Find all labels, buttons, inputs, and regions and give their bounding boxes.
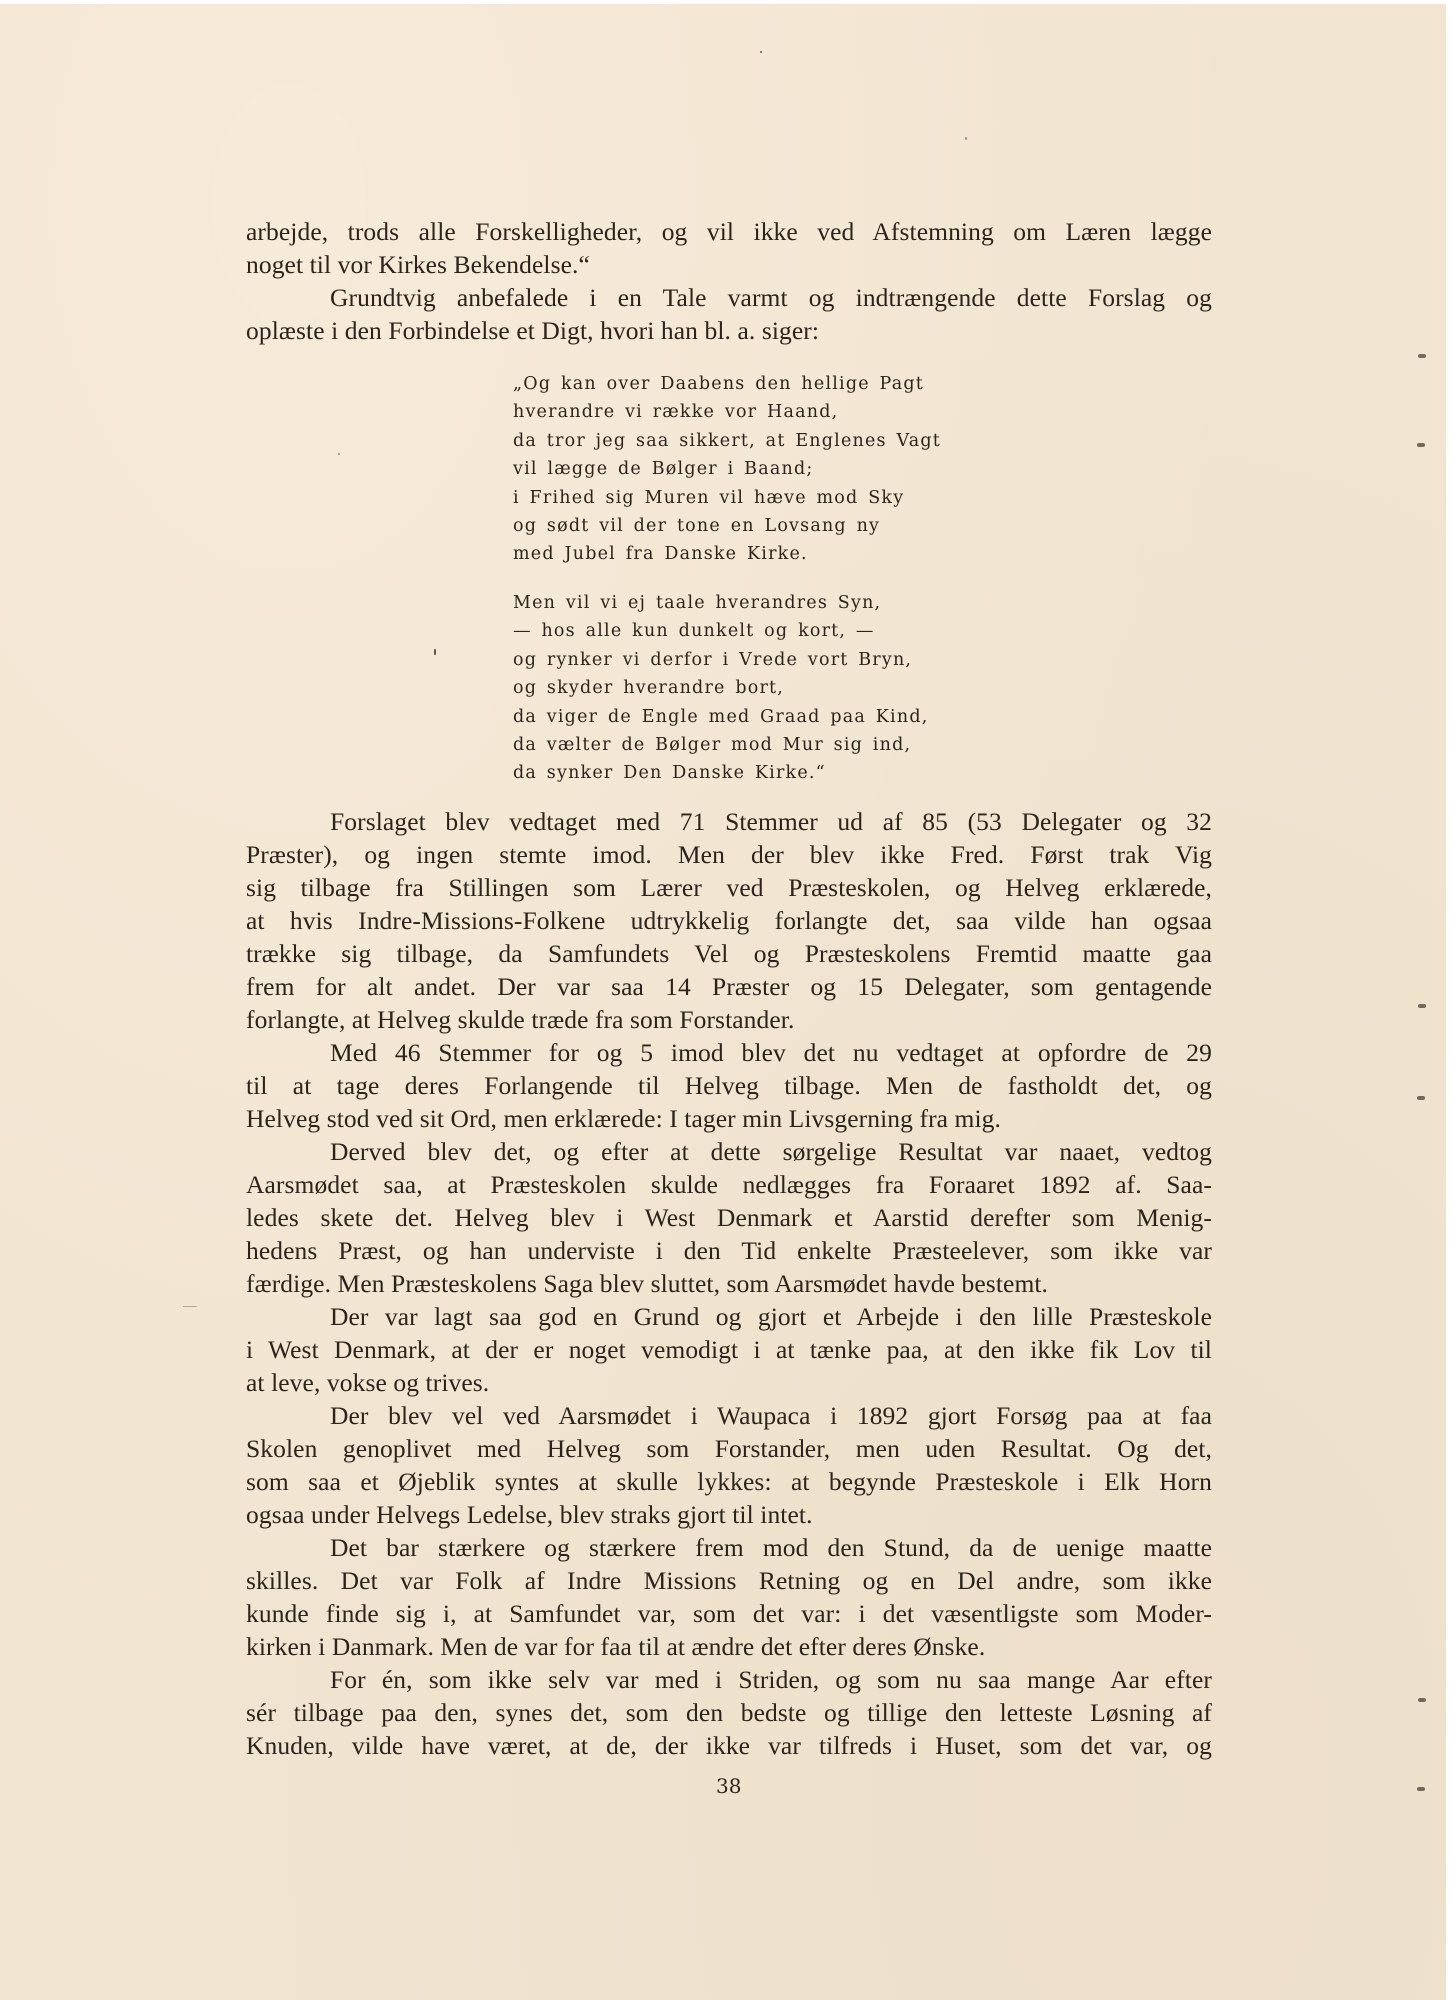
text-line: arbejde, trods alle Forskelligheder, og … xyxy=(246,215,1212,248)
poem-stanza-2: Men vil vi ej taale hverandres Syn,— hos… xyxy=(513,589,929,788)
scan-speck xyxy=(965,137,967,140)
page-number: 38 xyxy=(716,1774,741,1798)
text-line: Præster), og ingen stemte imod. Men der … xyxy=(246,838,1212,871)
reflection-paragraph: For én, som ikke selv var med i Striden,… xyxy=(246,1663,1212,1762)
poem-line: da viger de Engle med Graad paa Kind, xyxy=(513,703,929,731)
bottom-prose: Forslaget blev vedtaget med 71 Stemmer u… xyxy=(246,805,1212,1762)
text-line: oplæste i den Forbindelse et Digt, hvori… xyxy=(246,314,1212,347)
text-line: ledes skete det. Helveg blev i West Denm… xyxy=(246,1201,1212,1234)
poem-line: Men vil vi ej taale hverandres Syn, xyxy=(513,589,929,617)
text-line: noget til vor Kirkes Bekendelse.“ xyxy=(246,248,1212,281)
text-line: Der blev vel ved Aarsmødet i Waupaca i 1… xyxy=(246,1399,1212,1432)
text-line: Forslaget blev vedtaget med 71 Stemmer u… xyxy=(246,805,1212,838)
poem-line: vil lægge de Bølger i Baand; xyxy=(513,455,941,483)
vote-paragraph: Forslaget blev vedtaget med 71 Stemmer u… xyxy=(246,805,1212,1036)
text-line: at leve, vokse og trives. xyxy=(246,1366,1212,1399)
text-line: sig tilbage fra Stillingen som Lærer ved… xyxy=(246,871,1212,904)
scan-speck xyxy=(338,453,340,455)
text-line: ogsaa under Helvegs Ledelse, blev straks… xyxy=(246,1498,1212,1531)
second-vote-paragraph: Med 46 Stemmer for og 5 imod blev det nu… xyxy=(246,1036,1212,1135)
poem-line: da synker Den Danske Kirke.“ xyxy=(513,759,929,787)
text-line: Med 46 Stemmer for og 5 imod blev det nu… xyxy=(246,1036,1212,1069)
grundtvig-paragraph: Grundtvig anbefalede i en Tale varmt og … xyxy=(246,281,1212,347)
poem-line: da vælter de Bølger mod Mur sig ind, xyxy=(513,731,929,759)
text-line: trække sig tilbage, da Samfundets Vel og… xyxy=(246,937,1212,970)
text-line: forlangte, at Helveg skulde træde fra so… xyxy=(246,1003,1212,1036)
scan-speck xyxy=(183,1306,197,1307)
text-line: færdige. Men Præsteskolens Saga blev slu… xyxy=(246,1267,1212,1300)
text-line: kirken i Danmark. Men de var for faa til… xyxy=(246,1630,1212,1663)
separation-paragraph: Det bar stærkere og stærkere frem mod de… xyxy=(246,1531,1212,1663)
text-line: Skolen genoplivet med Helveg som Forstan… xyxy=(246,1432,1212,1465)
text-line: Helveg stod ved sit Ord, men erklærede: … xyxy=(246,1102,1212,1135)
text-line: For én, som ikke selv var med i Striden,… xyxy=(246,1663,1212,1696)
text-line: sér tilbage paa den, synes det, som den … xyxy=(246,1696,1212,1729)
scan-mark xyxy=(1418,1698,1426,1702)
poem-line: hverandre vi række vor Haand, xyxy=(513,398,941,426)
text-line: frem for alt andet. Der var saa 14 Præst… xyxy=(246,970,1212,1003)
text-line: Grundtvig anbefalede i en Tale varmt og … xyxy=(246,281,1212,314)
scan-mark xyxy=(1417,1096,1425,1100)
document-page: arbejde, trods alle Forskelligheder, og … xyxy=(0,4,1446,2000)
scan-mark xyxy=(1418,1004,1426,1008)
poem-stanza-1: „Og kan over Daabens den hellige Pagthve… xyxy=(513,370,941,569)
text-line: Det bar stærkere og stærkere frem mod de… xyxy=(246,1531,1212,1564)
top-prose: arbejde, trods alle Forskelligheder, og … xyxy=(246,215,1212,347)
poem-line: „Og kan over Daabens den hellige Pagt xyxy=(513,370,941,398)
text-line: Aarsmødet saa, at Præsteskolen skulde ne… xyxy=(246,1168,1212,1201)
text-line: Der var lagt saa god en Grund og gjort e… xyxy=(246,1300,1212,1333)
intro-quote-end: arbejde, trods alle Forskelligheder, og … xyxy=(246,215,1212,281)
text-line: Derved blev det, og efter at dette sørge… xyxy=(246,1135,1212,1168)
poem-line: og sødt vil der tone en Lovsang ny xyxy=(513,512,941,540)
text-line: til at tage deres Forlangende til Helveg… xyxy=(246,1069,1212,1102)
text-line: som saa et Øjeblik syntes at skulle lykk… xyxy=(246,1465,1212,1498)
poem-line: med Jubel fra Danske Kirke. xyxy=(513,540,941,568)
scan-mark xyxy=(1418,354,1426,358)
result-paragraph: Derved blev det, og efter at dette sørge… xyxy=(246,1135,1212,1300)
text-line: kunde finde sig i, at Samfundet var, som… xyxy=(246,1597,1212,1630)
scan-mark xyxy=(1417,1787,1425,1791)
text-line: at hvis Indre-Missions-Folkene udtrykkel… xyxy=(246,904,1212,937)
text-line: Knuden, vilde have været, at de, der ikk… xyxy=(246,1729,1212,1762)
poem-line: og rynker vi derfor i Vrede vort Bryn, xyxy=(513,646,929,674)
scan-speck xyxy=(760,51,762,53)
scan-speck xyxy=(434,649,436,655)
poem-line: — hos alle kun dunkelt og kort, — xyxy=(513,617,929,645)
poem-line: i Frihed sig Muren vil hæve mod Sky xyxy=(513,484,941,512)
foundation-paragraph: Der var lagt saa god en Grund og gjort e… xyxy=(246,1300,1212,1399)
waupaca-paragraph: Der blev vel ved Aarsmødet i Waupaca i 1… xyxy=(246,1399,1212,1531)
text-line: skilles. Det var Folk af Indre Missions … xyxy=(246,1564,1212,1597)
text-line: hedens Præst, og han underviste i den Ti… xyxy=(246,1234,1212,1267)
poem-line: og skyder hverandre bort, xyxy=(513,674,929,702)
poem-line: da tror jeg saa sikkert, at Englenes Vag… xyxy=(513,427,941,455)
text-line: i West Denmark, at der er noget vemodigt… xyxy=(246,1333,1212,1366)
scan-mark xyxy=(1417,443,1425,447)
